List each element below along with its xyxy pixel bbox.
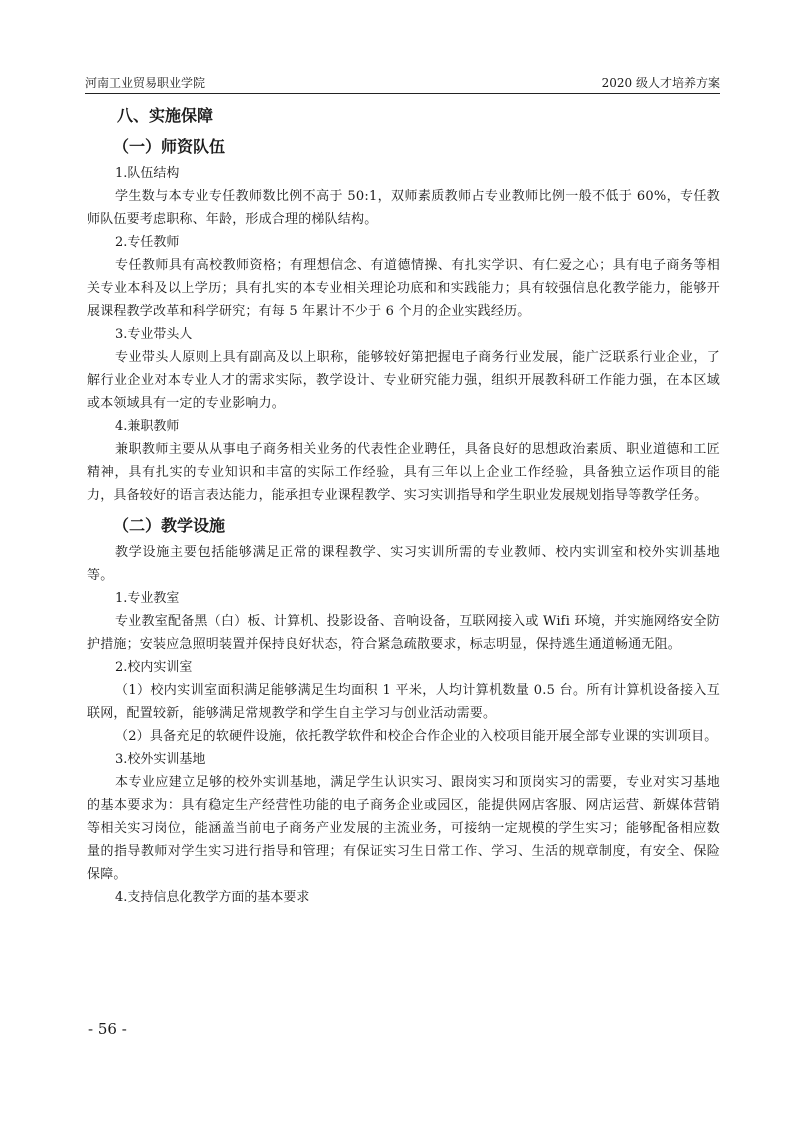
paragraph: 学生数与本专业专任教师数比例不高于 50:1，双师素质教师占专业教师比例一般不低… xyxy=(87,185,720,231)
paragraph: （1）校内实训室面积满足能够满足生均面积 1 平米，人均计算机数量 0.5 台。… xyxy=(87,679,720,725)
subsection-title-faculty: （一）师资队伍 xyxy=(87,132,720,162)
item-heading: 1.专业教室 xyxy=(87,587,720,610)
item-heading: 3.校外实训基地 xyxy=(87,748,720,771)
paragraph: 专业教室配备黑（白）板、计算机、投影设备、音响设备，互联网接入或 Wifi 环境… xyxy=(87,610,720,656)
header-document-title: 2020 级人才培养方案 xyxy=(602,76,720,90)
page-content: 八、实施保障 （一）师资队伍 1.队伍结构 学生数与本专业专任教师数比例不高于 … xyxy=(87,100,720,909)
item-heading: 2.校内实训室 xyxy=(87,656,720,679)
item-heading: 2.专任教师 xyxy=(87,231,720,254)
item-heading: 4.支持信息化教学方面的基本要求 xyxy=(87,886,720,909)
paragraph: 本专业应建立足够的校外实训基地，满足学生认识实习、跟岗实习和顶岗实习的需要，专业… xyxy=(87,771,720,886)
paragraph: 专业带头人原则上具有副高及以上职称，能够较好第把握电子商务行业发展，能广泛联系行… xyxy=(87,346,720,415)
item-heading: 4.兼职教师 xyxy=(87,415,720,438)
page-number: - 56 - xyxy=(88,1020,127,1038)
paragraph: 专任教师具有高校教师资格；有理想信念、有道德情操、有扎实学识、有仁爱之心；具有电… xyxy=(87,254,720,323)
section-title: 八、实施保障 xyxy=(87,100,720,132)
subsection-title-facilities: （二）教学设施 xyxy=(87,511,720,541)
page-header: 河南工业贸易职业学院 2020 级人才培养方案 xyxy=(85,76,720,94)
paragraph: 兼职教师主要从从事电子商务相关业务的代表性企业聘任，具备良好的思想政治素质、职业… xyxy=(87,438,720,507)
item-heading: 3.专业带头人 xyxy=(87,323,720,346)
header-institution: 河南工业贸易职业学院 xyxy=(85,76,205,90)
paragraph: 教学设施主要包括能够满足正常的课程教学、实习实训所需的专业教师、校内实训室和校外… xyxy=(87,541,720,587)
item-heading: 1.队伍结构 xyxy=(87,162,720,185)
paragraph: （2）具备充足的软硬件设施，依托教学软件和校企合作企业的入校项目能开展全部专业课… xyxy=(87,725,720,748)
